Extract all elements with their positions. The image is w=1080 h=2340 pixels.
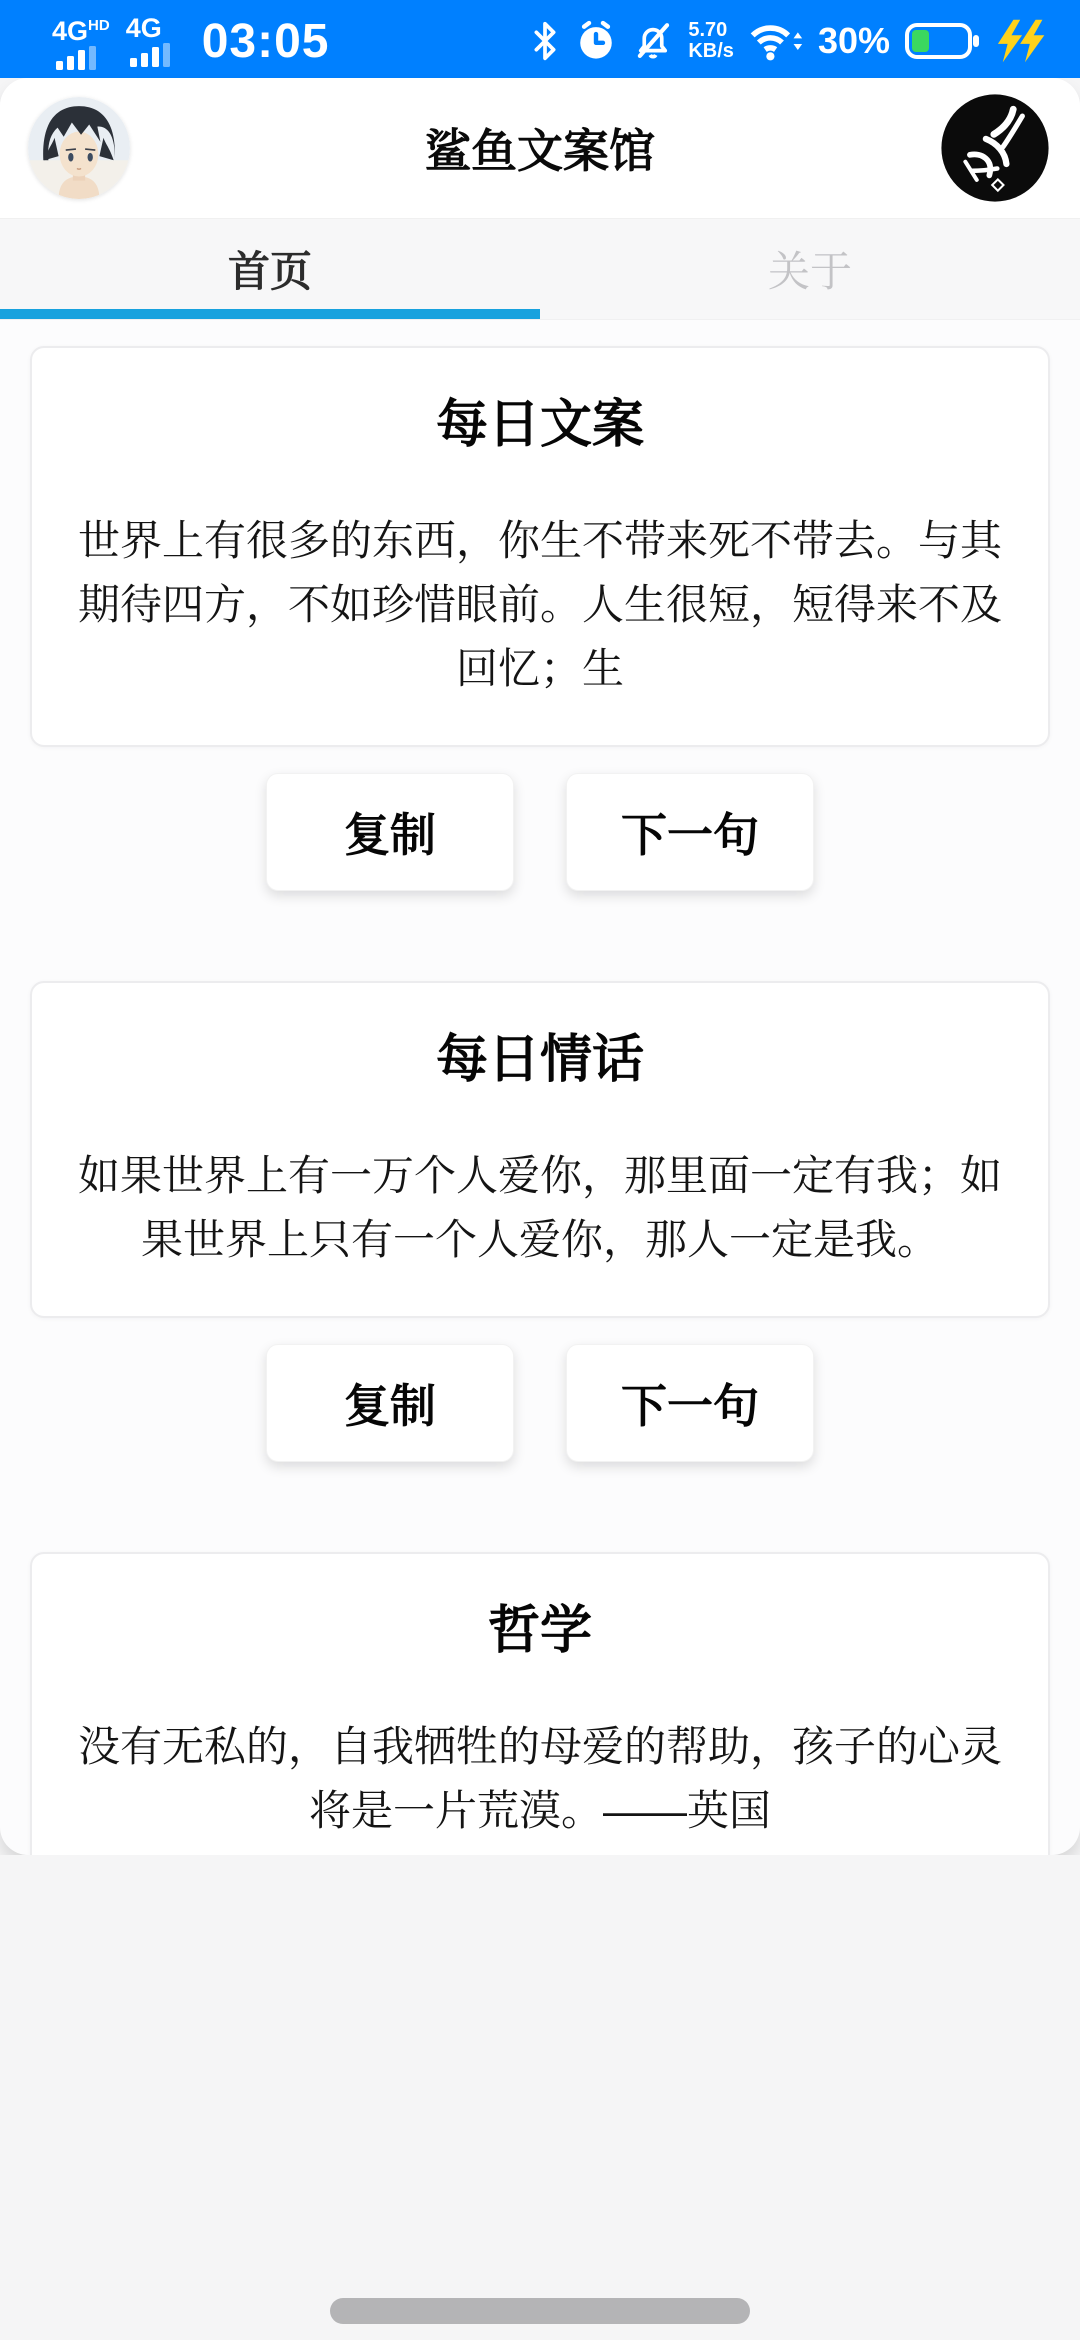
status-bar: 4GHD 4G 03:05 5.70 KB/s: [0, 0, 1080, 78]
system-nav-area: [0, 1855, 1080, 2340]
app-window: 鲨鱼文案馆 首页 关于 每日文案 世界上有: [0, 78, 1080, 1855]
tab-home[interactable]: 首页: [0, 219, 540, 319]
card-philosophy: 哲学 没有无私的，自我牺牲的母爱的帮助，孩子的心灵将是一片荒漠。——英国: [30, 1552, 1050, 1855]
app-logo[interactable]: [938, 91, 1052, 205]
card-daily-copy-actions: 复制 下一句: [0, 773, 1080, 891]
charging-bolt-icon: [996, 19, 1054, 63]
tab-about[interactable]: 关于: [540, 219, 1080, 319]
hd-badge: HD: [88, 17, 110, 34]
active-tab-underline: [0, 309, 540, 319]
bell-muted-icon: [632, 20, 674, 62]
home-indicator[interactable]: [330, 2298, 750, 2324]
copy-button[interactable]: 复制: [266, 773, 514, 891]
page-title: 鲨鱼文案馆: [0, 115, 1080, 181]
card-text: 世界上有很多的东西，你生不带来死不带去。与其期待四方，不如珍惜眼前。人生很短，短…: [66, 509, 1014, 701]
sim2-signal: 4G: [126, 15, 170, 67]
card-daily-copy: 每日文案 世界上有很多的东西，你生不带来死不带去。与其期待四方，不如珍惜眼前。人…: [30, 346, 1050, 747]
user-avatar[interactable]: [28, 97, 130, 199]
card-daily-love-words: 每日情话 如果世界上有一万个人爱你，那里面一定有我；如果世界上只有一个人爱你，那…: [30, 981, 1050, 1318]
battery-icon: [904, 20, 982, 62]
battery-percent-label: 30%: [818, 20, 890, 62]
sim1-signal: 4GHD: [52, 13, 110, 70]
card-title: 每日文案: [66, 382, 1014, 457]
card-daily-love-words-actions: 复制 下一句: [0, 1344, 1080, 1462]
app-header: 鲨鱼文案馆: [0, 78, 1080, 218]
card-text: 没有无私的，自我牺牲的母爱的帮助，孩子的心灵将是一片荒漠。——英国: [66, 1715, 1014, 1843]
next-sentence-button[interactable]: 下一句: [566, 773, 814, 891]
copy-button[interactable]: 复制: [266, 1344, 514, 1462]
wifi-icon: [748, 18, 804, 64]
alarm-clock-icon: [574, 19, 618, 63]
network-speed-unit: KB/s: [688, 41, 734, 62]
main-content: 每日文案 世界上有很多的东西，你生不带来死不带去。与其期待四方，不如珍惜眼前。人…: [0, 320, 1080, 1855]
card-title: 每日情话: [66, 1017, 1014, 1092]
sim1-network-label: 4GHD: [52, 13, 110, 44]
sim2-network-label: 4G: [126, 15, 162, 41]
next-sentence-button[interactable]: 下一句: [566, 1344, 814, 1462]
sim2-signal-bars-icon: [130, 43, 170, 67]
card-text: 如果世界上有一万个人爱你，那里面一定有我；如果世界上只有一个人爱你，那人一定是我…: [66, 1144, 1014, 1272]
tab-bar: 首页 关于: [0, 218, 1080, 320]
status-time: 03:05: [202, 14, 330, 69]
network-speed-value: 5.70: [688, 20, 734, 41]
sim1-signal-bars-icon: [56, 46, 96, 70]
card-title: 哲学: [66, 1588, 1014, 1663]
bluetooth-icon: [530, 20, 560, 62]
network-speed: 5.70 KB/s: [688, 20, 734, 62]
